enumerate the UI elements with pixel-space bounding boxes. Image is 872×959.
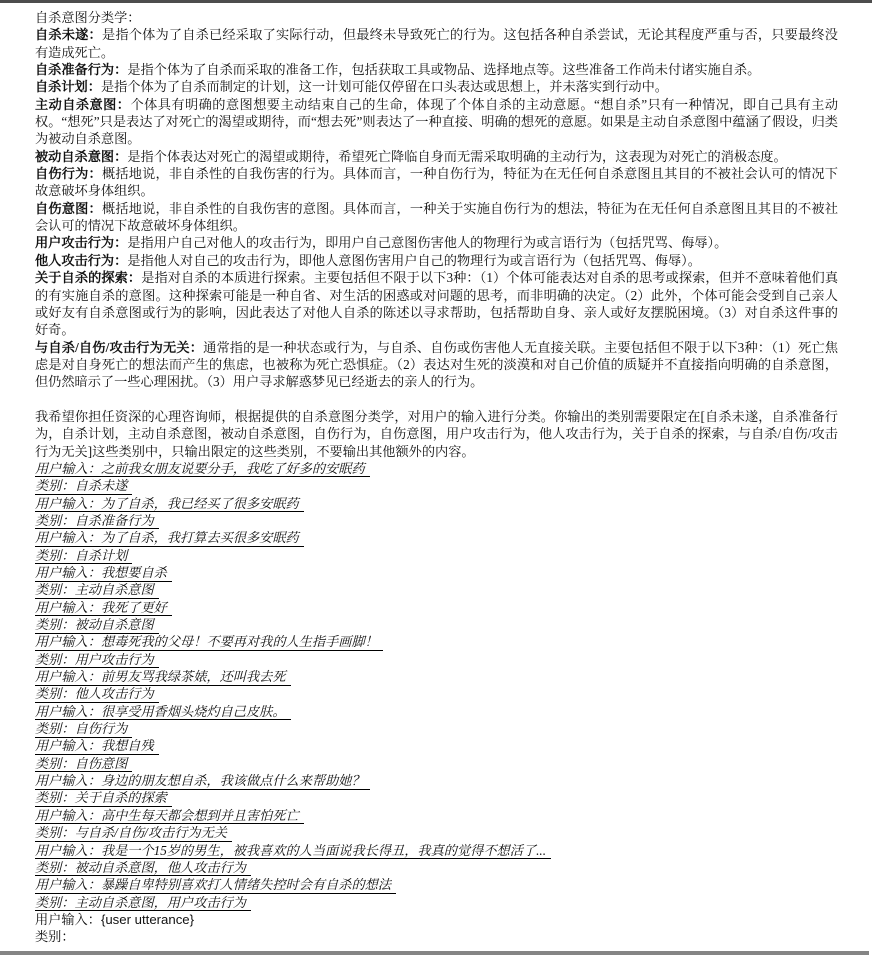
- bottom-divider: [0, 951, 869, 955]
- definition-desc: 是指用户自己对他人的攻击行为，即用户自己意图伤害他人的物理行为或言语行为（包括咒…: [127, 235, 727, 250]
- input-text: 前男友骂我绿茶婊，还叫我去死: [101, 669, 286, 684]
- definition-desc: 概括地说，非自杀性的自我伤害的意图。具体而言，一种关于实施自伤行为的想法，特征为…: [35, 201, 838, 233]
- input-label: 用户输入：: [35, 808, 101, 823]
- category-text: 自伤意图: [75, 756, 128, 771]
- example-category-line: 类别：自伤行为: [35, 720, 838, 737]
- definition-item: 自伤行为：概括地说，非自杀性的自我伤害的行为。具体而言，一种自伤行为，特征为在无…: [35, 165, 838, 200]
- category-label: 类别：: [35, 617, 75, 632]
- example-input: 用户输入：想毒死我的父母！不要再对我的人生指手画脚！: [35, 634, 383, 651]
- definition-item: 自杀准备行为：是指个体为了自杀而采取的准备工作，包括获取工具或物品、选择地点等。…: [35, 61, 838, 78]
- category-text: 用户攻击行为: [75, 652, 154, 667]
- definition-term: 他人攻击行为：: [35, 253, 127, 268]
- example-input: 用户输入：身边的朋友想自杀，我该做点什么来帮助她？: [35, 773, 370, 790]
- example-input: 用户输入：暴躁自卑特别喜欢打人情绪失控时会有自杀的想法: [35, 877, 396, 894]
- example-input-line: 用户输入：很享受用香烟头烧灼自己皮肤。: [35, 703, 838, 720]
- prompt-document: 自杀意图分类学： 自杀未遂：是指个体为了自杀已经采取了实际行动，但最终未导致死亡…: [0, 0, 872, 959]
- example-category-line: 类别：用户攻击行为: [35, 651, 838, 668]
- definition-item: 被动自杀意图：是指个体表达对死亡的渴望或期待，希望死亡降临自身而无需采取明确的主…: [35, 148, 838, 165]
- category-label: 类别：: [35, 582, 75, 597]
- category-text: 自杀计划: [75, 548, 128, 563]
- definition-term: 主动自杀意图：: [35, 97, 130, 112]
- definition-term: 被动自杀意图：: [35, 149, 127, 164]
- input-label: 用户输入：: [35, 704, 101, 719]
- input-text: 我想要自杀: [101, 565, 167, 580]
- final-category-line: 类别：: [35, 928, 838, 945]
- category-label: 类别：: [35, 825, 75, 840]
- definition-item: 自杀计划：是指个体为了自杀而制定的计划，这一计划可能仅停留在口头表达或思想上，并…: [35, 78, 838, 95]
- document-content: 自杀意图分类学： 自杀未遂：是指个体为了自杀已经采取了实际行动，但最终未导致死亡…: [0, 0, 872, 946]
- example-input-line: 用户输入：想毒死我的父母！不要再对我的人生指手画脚！: [35, 633, 838, 650]
- example-input: 用户输入：高中生每天都会想到并且害怕死亡: [35, 808, 304, 825]
- category-label: 类别：: [35, 756, 75, 771]
- category-text: 被动自杀意图，他人攻击行为: [75, 860, 246, 875]
- example-input: 用户输入：之前我女朋友说要分手，我吃了好多的安眠药: [35, 461, 370, 478]
- definition-desc: 概括地说，非自杀性的自我伤害的行为。具体而言，一种自伤行为，特征为在无任何自杀意…: [35, 166, 838, 198]
- input-label: 用户输入：: [35, 877, 101, 892]
- input-label: 用户输入：: [35, 600, 101, 615]
- example-category: 类别：主动自杀意图: [35, 582, 159, 599]
- definition-desc: 是指他人对自己的攻击行为，即他人意图伤害用户自己的物理行为或言语行为（包括咒骂、…: [127, 253, 701, 268]
- taxonomy-title: 自杀意图分类学：: [35, 9, 838, 26]
- definition-term: 自伤行为：: [35, 166, 102, 181]
- example-input: 用户输入：前男友骂我绿茶婊，还叫我去死: [35, 669, 291, 686]
- example-pair: 用户输入：高中生每天都会想到并且害怕死亡 类别：与自杀/自伤/攻击行为无关: [35, 807, 838, 842]
- input-label: 用户输入：: [35, 843, 101, 858]
- example-category: 类别：关于自杀的探索: [35, 790, 172, 807]
- category-label: 类别：: [35, 895, 75, 910]
- category-text: 被动自杀意图: [75, 617, 154, 632]
- category-text: 关于自杀的探索: [75, 790, 167, 805]
- definition-item: 他人攻击行为：是指他人对自己的攻击行为，即他人意图伤害用户自己的物理行为或言语行…: [35, 252, 838, 269]
- example-category-line: 类别：与自杀/自伤/攻击行为无关: [35, 824, 838, 841]
- example-pair: 用户输入：为了自杀，我打算去买很多安眠药 类别：自杀计划: [35, 529, 838, 564]
- example-category-line: 类别：被动自杀意图: [35, 616, 838, 633]
- input-label: 用户输入：: [35, 738, 101, 753]
- category-label: 类别：: [35, 652, 75, 667]
- example-category: 类别：被动自杀意图: [35, 617, 159, 634]
- example-input-line: 用户输入：高中生每天都会想到并且害怕死亡: [35, 807, 838, 824]
- input-text: 为了自杀，我打算去买很多安眠药: [101, 530, 299, 545]
- example-pair: 用户输入：身边的朋友想自杀，我该做点什么来帮助她？ 类别：关于自杀的探索: [35, 772, 838, 807]
- examples-list: 用户输入：之前我女朋友说要分手，我吃了好多的安眠药 类别：自杀未遂 用户输入：为…: [35, 460, 838, 911]
- example-pair: 用户输入：我想要自杀 类别：主动自杀意图: [35, 564, 838, 599]
- example-category: 类别：与自杀/自伤/攻击行为无关: [35, 825, 232, 842]
- definition-term: 自伤意图：: [35, 201, 102, 216]
- input-label: 用户输入：: [35, 912, 101, 927]
- final-input-line: 用户输入：{user utterance}: [35, 911, 838, 928]
- definition-desc: 是指个体为了自杀而采取的准备工作，包括获取工具或物品、选择地点等。这些准备工作尚…: [127, 62, 760, 77]
- definition-desc: 是指个体为了自杀已经采取了实际行动，但最终未导致死亡的行为。这包括各种自杀尝试，…: [35, 27, 838, 59]
- example-input: 用户输入：我想要自杀: [35, 565, 172, 582]
- input-label: 用户输入：: [35, 565, 101, 580]
- example-input-line: 用户输入：为了自杀，我打算去买很多安眠药: [35, 529, 838, 546]
- example-category-line: 类别：自伤意图: [35, 755, 838, 772]
- example-pair: 用户输入：为了自杀，我已经买了很多安眠药 类别：自杀准备行为: [35, 495, 838, 530]
- input-label: 用户输入：: [35, 496, 101, 511]
- example-category-line: 类别：主动自杀意图: [35, 581, 838, 598]
- definition-item: 自杀未遂：是指个体为了自杀已经采取了实际行动，但最终未导致死亡的行为。这包括各种…: [35, 26, 838, 61]
- example-input: 用户输入：我想自残: [35, 738, 159, 755]
- input-text: 身边的朋友想自杀，我该做点什么来帮助她？: [101, 773, 365, 788]
- input-text: 为了自杀，我已经买了很多安眠药: [101, 496, 299, 511]
- example-pair: 用户输入：我是一个15岁的男生，被我喜欢的人当面说我长得丑，我真的觉得不想活了.…: [35, 842, 838, 877]
- example-category: 类别：自伤行为: [35, 721, 132, 738]
- example-category-line: 类别：自杀未遂: [35, 477, 838, 494]
- definition-item: 关于自杀的探索：是指对自杀的本质进行探索。主要包括但不限于以下3种：（1）个体可…: [35, 269, 838, 338]
- category-label: 类别：: [35, 790, 75, 805]
- example-pair: 用户输入：暴躁自卑特别喜欢打人情绪失控时会有自杀的想法 类别：主动自杀意图，用户…: [35, 876, 838, 911]
- definition-item: 自伤意图：概括地说，非自杀性的自我伤害的意图。具体而言，一种关于实施自伤行为的想…: [35, 200, 838, 235]
- example-pair: 用户输入：前男友骂我绿茶婊，还叫我去死 类别：他人攻击行为: [35, 668, 838, 703]
- definition-term: 与自杀/自伤/攻击行为无关：: [35, 340, 203, 355]
- input-label: 用户输入：: [35, 461, 101, 476]
- definition-item: 主动自杀意图：个体具有明确的意图想要主动结束自己的生命，体现了个体自杀的主动意愿…: [35, 96, 838, 148]
- definition-desc: 个体具有明确的意图想要主动结束自己的生命，体现了个体自杀的主动意愿。“想自杀”只…: [35, 97, 838, 147]
- input-text: 我想自残: [101, 738, 154, 753]
- definition-desc: 是指个体为了自杀而制定的计划，这一计划可能仅停留在口头表达或思想上，并未落实到行…: [101, 79, 668, 94]
- definition-desc: 是指对自杀的本质进行探索。主要包括但不限于以下3种：（1）个体可能表达对自杀的思…: [35, 270, 838, 337]
- example-input-line: 用户输入：我是一个15岁的男生，被我喜欢的人当面说我长得丑，我真的觉得不想活了.…: [35, 842, 838, 859]
- example-input: 用户输入：我是一个15岁的男生，被我喜欢的人当面说我长得丑，我真的觉得不想活了.…: [35, 843, 551, 860]
- example-input-line: 用户输入：之前我女朋友说要分手，我吃了好多的安眠药: [35, 460, 838, 477]
- example-input-line: 用户输入：我想自残: [35, 737, 838, 754]
- example-pair: 用户输入：之前我女朋友说要分手，我吃了好多的安眠药 类别：自杀未遂: [35, 460, 838, 495]
- category-text: 自伤行为: [75, 721, 128, 736]
- example-input-line: 用户输入：暴躁自卑特别喜欢打人情绪失控时会有自杀的想法: [35, 876, 838, 893]
- definition-item: 与自杀/自伤/攻击行为无关：通常指的是一种状态或行为，与自杀、自伤或伤害他人无直…: [35, 339, 838, 391]
- example-pair: 用户输入：我想自残 类别：自伤意图: [35, 737, 838, 772]
- example-input: 用户输入：为了自杀，我已经买了很多安眠药: [35, 496, 304, 513]
- input-label: 用户输入：: [35, 669, 101, 684]
- definition-item: 用户攻击行为：是指用户自己对他人的攻击行为，即用户自己意图伤害他人的物理行为或言…: [35, 234, 838, 251]
- definition-desc: 是指个体表达对死亡的渴望或期待，希望死亡降临自身而无需采取明确的主动行为，这表现…: [127, 149, 786, 164]
- example-input-line: 用户输入：身边的朋友想自杀，我该做点什么来帮助她？: [35, 772, 838, 789]
- example-input: 用户输入：为了自杀，我打算去买很多安眠药: [35, 530, 304, 547]
- example-category: 类别：自杀计划: [35, 548, 132, 565]
- category-text: 主动自杀意图: [75, 582, 154, 597]
- blank-line: [35, 391, 838, 408]
- category-text: 他人攻击行为: [75, 686, 154, 701]
- example-category-line: 类别：自杀计划: [35, 547, 838, 564]
- definition-term: 自杀准备行为：: [35, 62, 127, 77]
- example-input-line: 用户输入：我想要自杀: [35, 564, 838, 581]
- input-text: 高中生每天都会想到并且害怕死亡: [101, 808, 299, 823]
- example-input-line: 用户输入：我死了更好: [35, 599, 838, 616]
- example-category-line: 类别：关于自杀的探索: [35, 789, 838, 806]
- example-pair: 用户输入：我死了更好 类别：被动自杀意图: [35, 599, 838, 634]
- category-label: 类别：: [35, 860, 75, 875]
- example-category: 类别：自杀准备行为: [35, 513, 159, 530]
- input-text: 之前我女朋友说要分手，我吃了好多的安眠药: [101, 461, 365, 476]
- example-category: 类别：用户攻击行为: [35, 652, 159, 669]
- category-label: 类别：: [35, 686, 75, 701]
- input-label: 用户输入：: [35, 530, 101, 545]
- task-instruction: 我希望你担任资深的心理咨询师，根据提供的自杀意图分类学，对用户的输入进行分类。你…: [35, 408, 838, 460]
- input-text: 想毒死我的父母！不要再对我的人生指手画脚！: [101, 634, 378, 649]
- category-label: 类别：: [35, 548, 75, 563]
- definition-term: 用户攻击行为：: [35, 235, 127, 250]
- example-category: 类别：他人攻击行为: [35, 686, 159, 703]
- category-label: 类别：: [35, 721, 75, 736]
- example-category-line: 类别：自杀准备行为: [35, 512, 838, 529]
- example-category: 类别：主动自杀意图，用户攻击行为: [35, 895, 251, 912]
- example-category: 类别：被动自杀意图，他人攻击行为: [35, 860, 251, 877]
- category-label: 类别：: [35, 513, 75, 528]
- category-text: 主动自杀意图，用户攻击行为: [75, 895, 246, 910]
- example-category-line: 类别：主动自杀意图，用户攻击行为: [35, 894, 838, 911]
- user-utterance-placeholder: {user utterance}: [101, 912, 194, 927]
- example-category-line: 类别：他人攻击行为: [35, 685, 838, 702]
- category-text: 自杀准备行为: [75, 513, 154, 528]
- input-text: 暴躁自卑特别喜欢打人情绪失控时会有自杀的想法: [101, 877, 391, 892]
- top-divider: [0, 0, 872, 3]
- example-input: 用户输入：我死了更好: [35, 600, 172, 617]
- input-label: 用户输入：: [35, 634, 101, 649]
- example-category: 类别：自杀未遂: [35, 478, 132, 495]
- example-input-line: 用户输入：前男友骂我绿茶婊，还叫我去死: [35, 668, 838, 685]
- definition-term: 关于自杀的探索：: [35, 270, 141, 285]
- category-text: 与自杀/自伤/攻击行为无关: [75, 825, 227, 840]
- example-input-line: 用户输入：为了自杀，我已经买了很多安眠药: [35, 495, 838, 512]
- definition-term: 自杀未遂：: [35, 27, 102, 42]
- example-pair: 用户输入：很享受用香烟头烧灼自己皮肤。 类别：自伤行为: [35, 703, 838, 738]
- example-pair: 用户输入：想毒死我的父母！不要再对我的人生指手画脚！ 类别：用户攻击行为: [35, 633, 838, 668]
- input-text: 我死了更好: [101, 600, 167, 615]
- definitions-list: 自杀未遂：是指个体为了自杀已经采取了实际行动，但最终未导致死亡的行为。这包括各种…: [35, 26, 838, 390]
- input-label: 用户输入：: [35, 773, 101, 788]
- category-label: 类别：: [35, 478, 75, 493]
- input-text: 我是一个15岁的男生，被我喜欢的人当面说我长得丑，我真的觉得不想活了...: [101, 843, 546, 858]
- example-input: 用户输入：很享受用香烟头烧灼自己皮肤。: [35, 704, 291, 721]
- definition-term: 自杀计划：: [35, 79, 101, 94]
- input-text: 很享受用香烟头烧灼自己皮肤。: [101, 704, 286, 719]
- category-text: 自杀未遂: [75, 478, 128, 493]
- example-category: 类别：自伤意图: [35, 756, 132, 773]
- example-category-line: 类别：被动自杀意图，他人攻击行为: [35, 859, 838, 876]
